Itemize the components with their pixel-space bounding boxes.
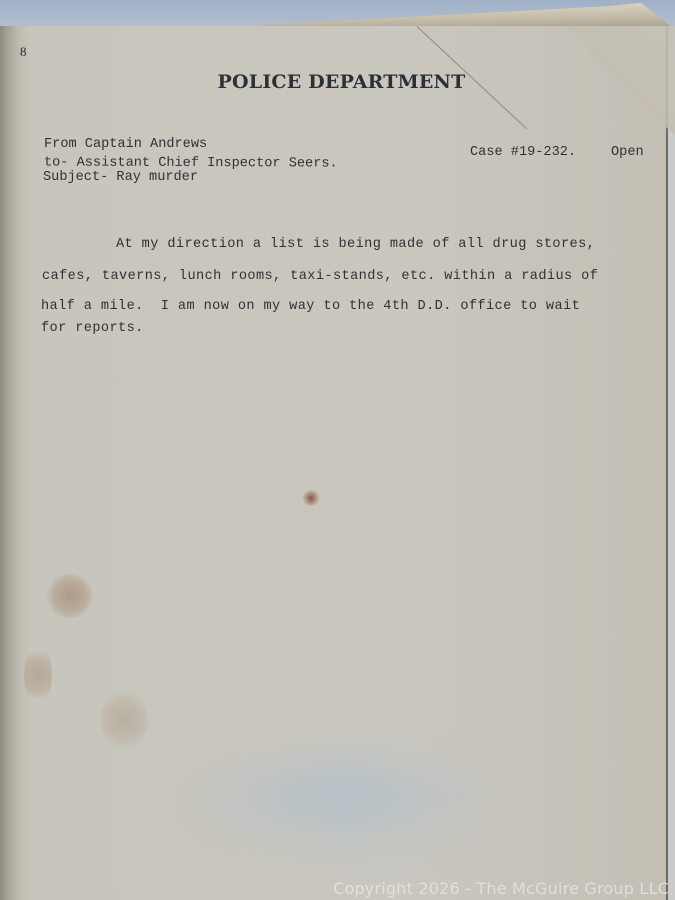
stain-mark: [46, 574, 94, 618]
case-status: Open: [611, 145, 644, 160]
stain-mark: [302, 490, 320, 506]
page-number: 8: [20, 44, 27, 60]
memo-from: From Captain Andrews: [44, 137, 207, 152]
body-line: At my direction a list is being made of …: [116, 237, 595, 252]
case-number: Case #19-232.: [470, 145, 576, 160]
stain-mark: [100, 690, 148, 750]
page-title: POLICE DEPARTMENT: [0, 71, 675, 93]
body-line: for reports.: [41, 321, 144, 336]
memo-subject: Subject- Ray murder: [43, 170, 198, 185]
copyright-watermark: Copyright 2026 - The McGuire Group LLC: [333, 879, 669, 898]
stain-mark: [24, 645, 52, 705]
body-line: half a mile. I am now on my way to the 4…: [41, 299, 580, 314]
body-line: cafes, taverns, lunch rooms, taxi-stands…: [42, 269, 598, 284]
